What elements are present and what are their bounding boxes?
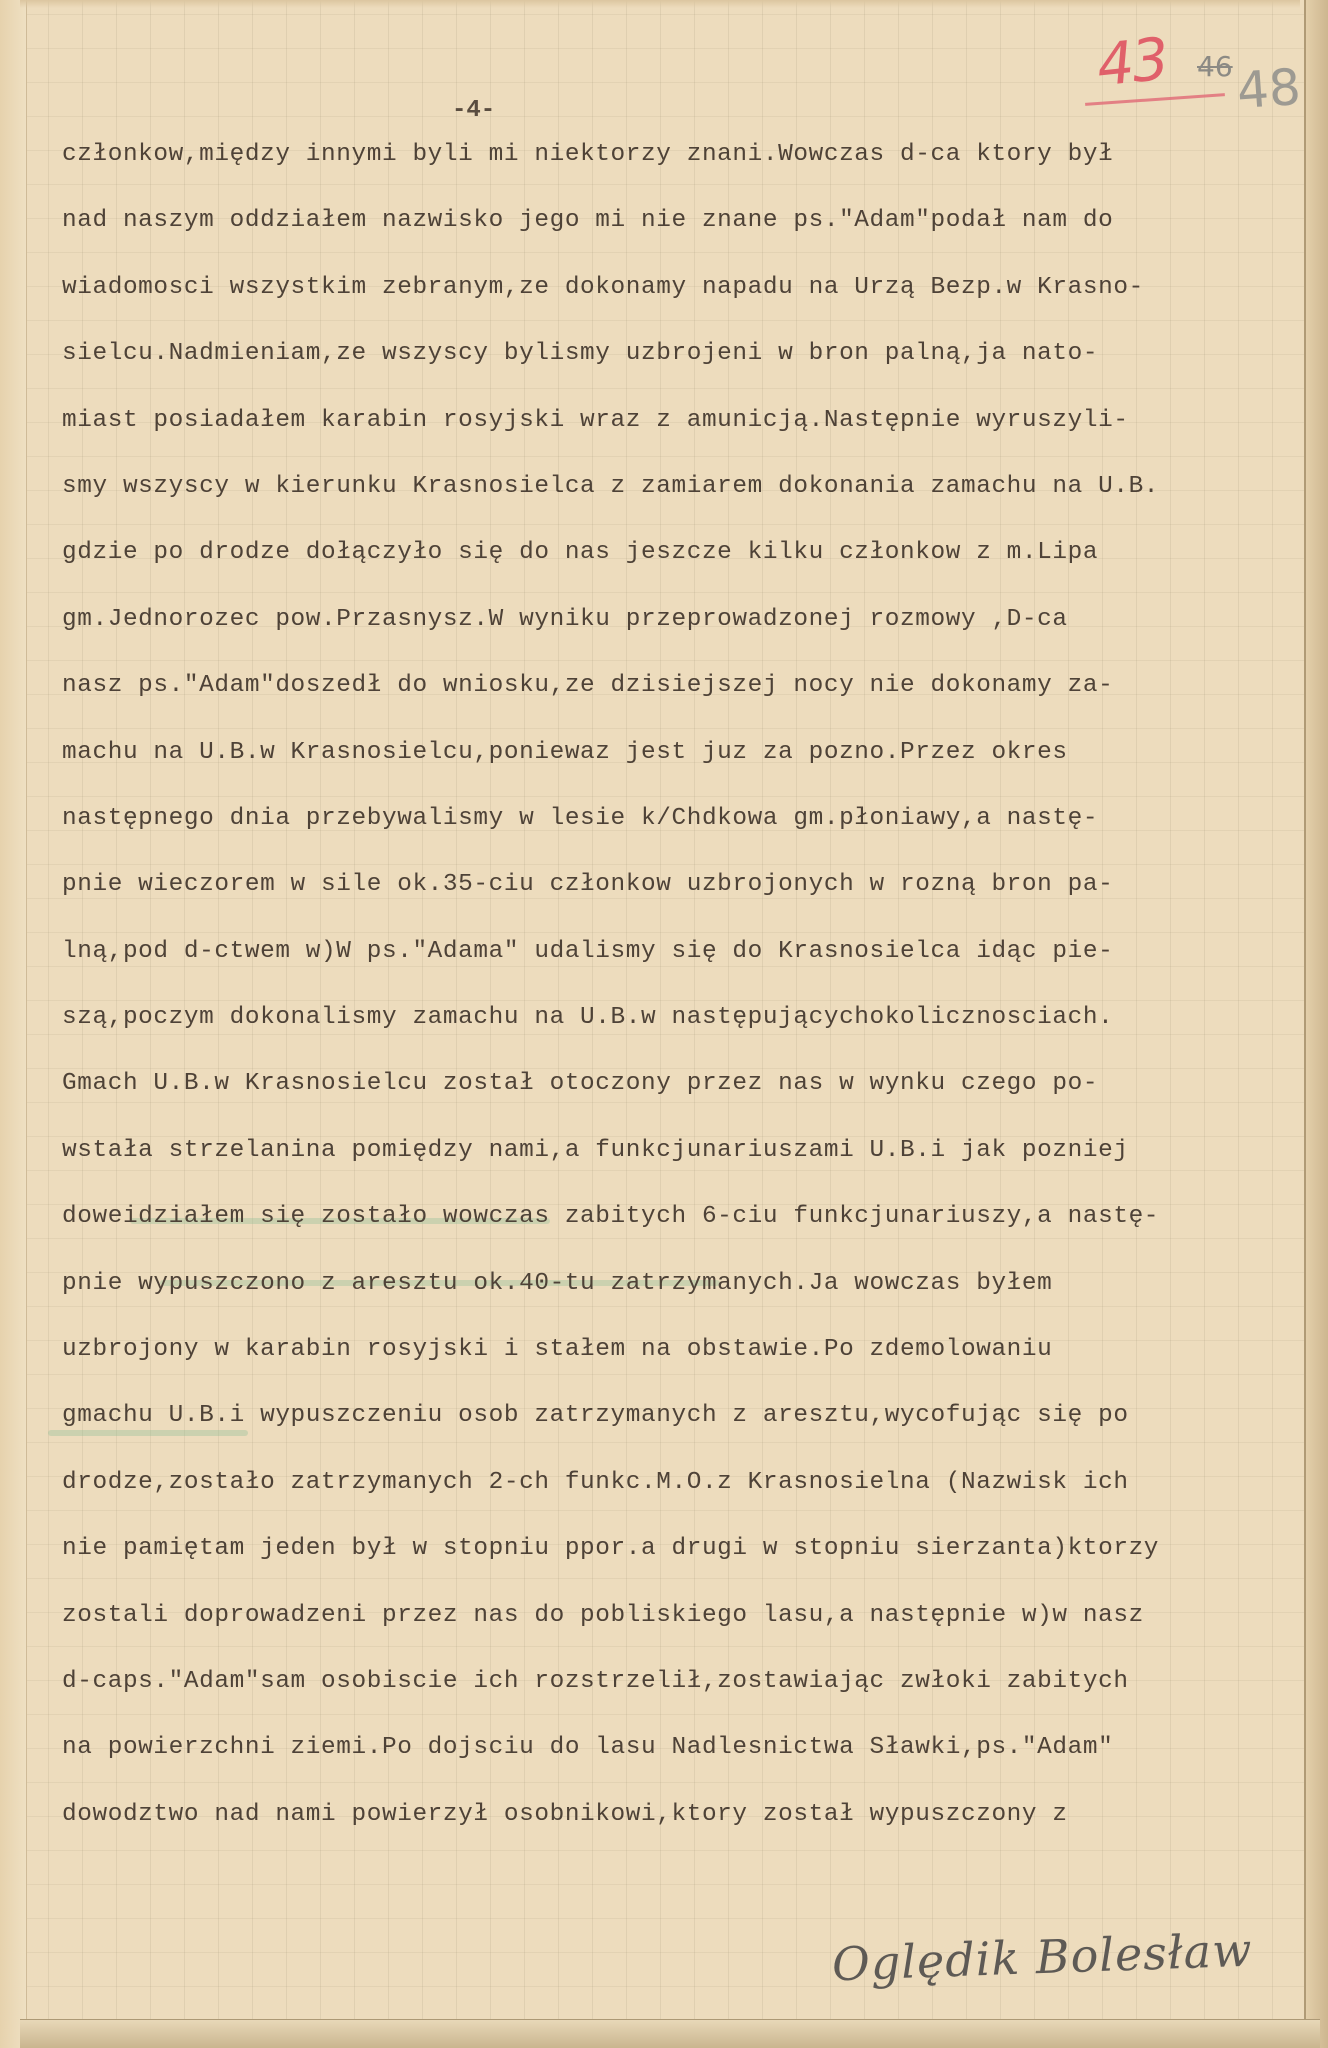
text-line: Gmach U.B.w Krasnosielcu został otoczony… — [62, 1069, 1302, 1135]
text-line: gmachu U.B.i wypuszczeniu osob zatrzyman… — [62, 1401, 1302, 1467]
text-line: machu na U.B.w Krasnosielcu,poniewaz jes… — [62, 738, 1302, 804]
text-line: gm.Jednorozec pow.Przasnysz.W wyniku prz… — [62, 605, 1302, 671]
text-line: pnie wieczorem w sile ok.35-ciu członkow… — [62, 870, 1302, 936]
text-line: smy wszyscy w kierunku Krasnosielca z za… — [62, 472, 1302, 538]
handwritten-signature: Oględik Bolesław — [831, 1923, 1253, 1992]
text-line: gdzie po drodze dołączyło się do nas jes… — [62, 538, 1302, 604]
text-line: drodze,zostało zatrzymanych 2-ch funkc.M… — [62, 1468, 1302, 1534]
text-line: uzbrojony w karabin rosyjski i stałem na… — [62, 1335, 1302, 1401]
text-line: szą,poczym dokonalismy zamachu na U.B.w … — [62, 1003, 1302, 1069]
text-line: nad naszym oddziałem nazwisko jego mi ni… — [62, 206, 1302, 272]
text-line: zostali doprowadzeni przez nas do poblis… — [62, 1601, 1302, 1667]
text-line: wiadomosci wszystkim zebranym,ze dokonam… — [62, 273, 1302, 339]
text-line: członkow,między innymi byli mi niektorzy… — [62, 140, 1302, 206]
paper-bottom-edge — [20, 2019, 1320, 2048]
folio-number: 43 46 48 — [1085, 20, 1325, 130]
text-line: miast posiadałem karabin rosyjski wraz z… — [62, 406, 1302, 472]
folio-gray-number: 48 — [1235, 58, 1303, 120]
text-line: lną,pod d-ctwem w)W ps."Adama" udalismy … — [62, 937, 1302, 1003]
document-page: 43 46 48 -4- członkow,między innymi byli… — [0, 0, 1328, 2048]
paper-left-edge — [0, 0, 27, 2048]
text-line: nie pamiętam jeden był w stopniu ppor.a … — [62, 1534, 1302, 1600]
paper-top-edge — [20, 0, 1300, 8]
text-line: dowodztwo nad nami powierzył osobnikowi,… — [62, 1800, 1302, 1866]
text-line: następnego dnia przebywalismy w lesie k/… — [62, 804, 1302, 870]
text-line: sielcu.Nadmieniam,ze wszyscy bylismy uzb… — [62, 339, 1302, 405]
paper-right-edge — [1304, 0, 1328, 2048]
text-line: na powierzchni ziemi.Po dojsciu do lasu … — [62, 1733, 1302, 1799]
text-line: nasz ps."Adam"doszedł do wniosku,ze dzis… — [62, 671, 1302, 737]
typed-body-text: członkow,między innymi byli mi niektorzy… — [62, 140, 1302, 1866]
folio-gray-struck-number: 46 — [1197, 50, 1233, 83]
text-line: doweidziałem się zostało wowczas zabityc… — [62, 1202, 1302, 1268]
text-line: d-caps."Adam"sam osobiscie ich rozstrzel… — [62, 1667, 1302, 1733]
page-number: -4- — [452, 97, 495, 124]
text-line: wstała strzelanina pomiędzy nami,a funkc… — [62, 1136, 1302, 1202]
text-line: pnie wypuszczono z aresztu ok.40-tu zatr… — [62, 1269, 1302, 1335]
folio-red-number: 43 — [1094, 25, 1171, 100]
